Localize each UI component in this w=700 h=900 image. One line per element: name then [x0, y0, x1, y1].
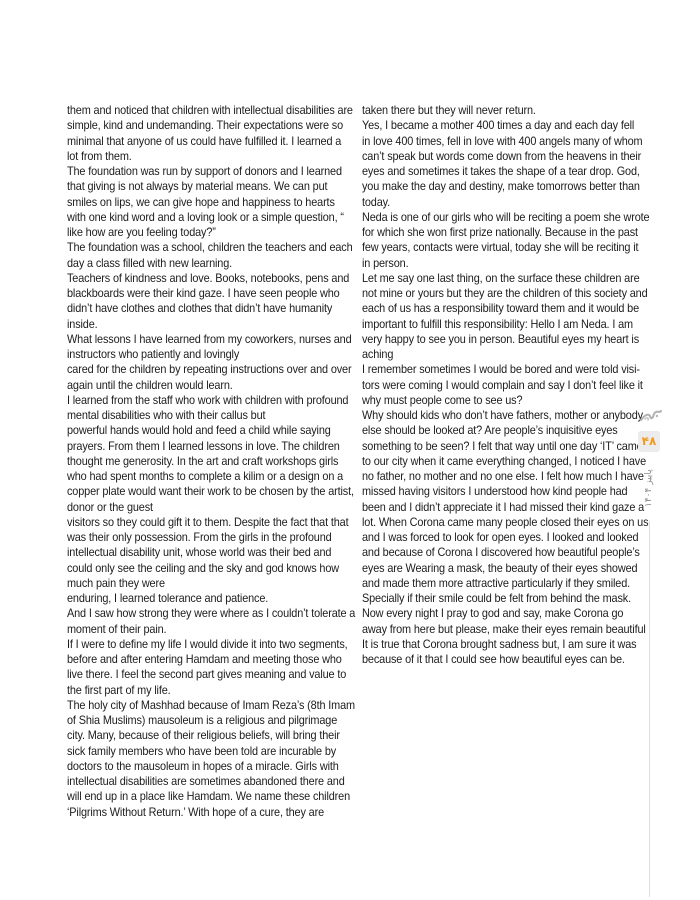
text-line: didn’t have clothes and clothes that did… — [67, 301, 357, 316]
text-line: And I saw how strong they were where as … — [67, 606, 357, 621]
text-line-content: because of it that I could see how beaut… — [362, 652, 625, 667]
text-line: lot from them. — [67, 149, 357, 164]
text-line-content: aching — [362, 347, 393, 362]
text-line: If I were to define my life I would divi… — [67, 637, 357, 652]
text-line: copper plate would want their work to be… — [67, 484, 357, 499]
text-line-content: eyes and sometimes it takes the shape of… — [362, 164, 640, 179]
text-line: and because of Corona I discovered how b… — [362, 545, 652, 560]
text-line-content: no father, no mother and no one else. I … — [362, 469, 644, 484]
text-line-content: Neda is one of our girls who will be rec… — [362, 210, 649, 225]
text-line: who had spent months to complete a kilim… — [67, 469, 357, 484]
text-line: day a class filled with new learning. — [67, 256, 357, 271]
text-line-content: could only see the ceiling and the sky a… — [67, 561, 339, 576]
text-line: blackboards were their kind gaze. I have… — [67, 286, 357, 301]
text-line: prayers. From them I learned lessons in … — [67, 439, 357, 454]
text-line-content: tors were coming I would complain and sa… — [362, 378, 643, 393]
text-line: been and I didn’t appreciate it I had mi… — [362, 500, 652, 515]
text-line-content: moment of their pain. — [67, 622, 166, 637]
text-line-content: like how are you feeling today?” — [67, 225, 216, 240]
text-line: before and after entering Hamdam and mee… — [67, 652, 357, 667]
text-line: Yes, I became a mother 400 times a day a… — [362, 118, 652, 133]
text-line: was their only possession. From the girl… — [67, 530, 357, 545]
text-line: that giving is not always by material me… — [67, 179, 357, 194]
text-line-content: not mine or yours but they are the child… — [362, 286, 648, 301]
text-line: like how are you feeling today?” — [67, 225, 357, 240]
text-line-content: something to be seen? I felt that way un… — [362, 439, 643, 454]
text-line-content: intellectual disability unit, whose worl… — [67, 545, 331, 560]
text-line: again until the children would learn. — [67, 378, 357, 393]
text-line: enduring, I learned tolerance and patien… — [67, 591, 357, 606]
text-line-content: and made them more attractive particular… — [362, 576, 630, 591]
text-line-content: who had spent months to complete a kilim… — [67, 469, 343, 484]
text-line-content: lot from them. — [67, 149, 132, 164]
text-line-content: much pain they were — [67, 576, 165, 591]
text-line: Why should kids who don’t have fathers, … — [362, 408, 652, 423]
page-sidebar: ۴۸ پاییز ۱۴۰۴ — [637, 0, 667, 900]
text-line: something to be seen? I felt that way un… — [362, 439, 652, 454]
text-line-content: in love 400 times, fell in love with 400… — [362, 134, 643, 149]
text-line: with one kind word and a loving look or … — [67, 210, 357, 225]
text-line-content: copper plate would want their work to be… — [67, 484, 354, 499]
text-line: much pain they were — [67, 576, 357, 591]
text-line: could only see the ceiling and the sky a… — [67, 561, 357, 576]
text-line-content: can’t speak but words come down from the… — [362, 149, 641, 164]
text-line: eyes are Wearing a mask, the beauty of t… — [362, 561, 652, 576]
text-line: intellectual disability unit, whose worl… — [67, 545, 357, 560]
text-line: doctors to the mausoleum in hopes of a m… — [67, 759, 357, 774]
text-line-content: important to fulfill this responsibility… — [362, 317, 633, 332]
text-line: moment of their pain. — [67, 622, 357, 637]
text-line: donor or the guest — [67, 500, 357, 515]
text-line-content: I learned from the staff who work with c… — [67, 393, 348, 408]
text-line: Let me say one last thing, on the surfac… — [362, 271, 652, 286]
text-line-content: The foundation was run by support of don… — [67, 164, 342, 179]
text-line: few years, contacts were virtual, today … — [362, 240, 652, 255]
text-line: Neda is one of our girls who will be rec… — [362, 210, 652, 225]
right-text-column: taken there but they will never return.Y… — [362, 103, 652, 667]
text-line-content: simple, kind and undemanding. Their expe… — [67, 118, 343, 133]
text-line-content: visitors so they could gift it to them. … — [67, 515, 348, 530]
text-line: It is true that Corona brought sadness b… — [362, 637, 652, 652]
text-line: for which she won first prize nationally… — [362, 225, 652, 240]
text-line-content: taken there but they will never return. — [362, 103, 536, 118]
text-line: you make the day and destiny, make tomor… — [362, 179, 652, 194]
sidebar-divider — [649, 521, 650, 897]
text-line: intellectual disabilities are sometimes … — [67, 774, 357, 789]
text-line: city. Many, because of their religious b… — [67, 728, 357, 743]
text-line: taken there but they will never return. — [362, 103, 652, 118]
text-line: cared for the children by repeating inst… — [67, 362, 357, 377]
text-line-content: else should be looked at? Are people’s i… — [362, 423, 618, 438]
text-line-content: that giving is not always by material me… — [67, 179, 327, 194]
text-line: I remember sometimes I would be bored an… — [362, 362, 652, 377]
text-line-content: and because of Corona I discovered how b… — [362, 545, 640, 560]
text-line: in love 400 times, fell in love with 400… — [362, 134, 652, 149]
text-line: The holy city of Mashhad because of Imam… — [67, 698, 357, 713]
text-line: and I was forced to look for open eyes. … — [362, 530, 652, 545]
text-line: Teachers of kindness and love. Books, no… — [67, 271, 357, 286]
text-line: minimal that anyone of us could have ful… — [67, 134, 357, 149]
text-line: missed having visitors I understood how … — [362, 484, 652, 499]
text-line-content: doctors to the mausoleum in hopes of a m… — [67, 759, 339, 774]
text-line: not mine or yours but they are the child… — [362, 286, 652, 301]
text-line-content: away from here but please, make their ey… — [362, 622, 646, 637]
text-line-content: and I was forced to look for open eyes. … — [362, 530, 638, 545]
text-line-content: again until the children would learn. — [67, 378, 233, 393]
text-line: each of us has a responsibility toward t… — [362, 301, 652, 316]
text-line: ‘Pilgrims Without Return.’ With hope of … — [67, 805, 357, 820]
text-line-content: for which she won first prize nationally… — [362, 225, 638, 240]
text-line-content: few years, contacts were virtual, today … — [362, 240, 638, 255]
text-line-content: been and I didn’t appreciate it I had mi… — [362, 500, 644, 515]
text-line-content: What lessons I have learned from my cowo… — [67, 332, 352, 347]
text-line-content: mental disabilities who with their callu… — [67, 408, 265, 423]
text-line-content: them and noticed that children with inte… — [67, 103, 353, 118]
text-line: in person. — [362, 256, 652, 271]
text-line-content: missed having visitors I understood how … — [362, 484, 627, 499]
text-line-content: in person. — [362, 256, 408, 271]
text-line-content: live there. I feel the second part gives… — [67, 667, 346, 682]
text-line: visitors so they could gift it to them. … — [67, 515, 357, 530]
text-line-content: Let me say one last thing, on the surfac… — [362, 271, 639, 286]
text-line-content: powerful hands would hold and feed a chi… — [67, 423, 331, 438]
text-line: instructors who patiently and lovingly — [67, 347, 357, 362]
issue-season-label: پاییز ۱۴۰۴ — [641, 458, 657, 518]
text-line: What lessons I have learned from my cowo… — [67, 332, 357, 347]
text-line-content: lot. When Corona came many people closed… — [362, 515, 648, 530]
text-line-content: city. Many, because of their religious b… — [67, 728, 340, 743]
text-line: to our city when it came everything chan… — [362, 454, 652, 469]
text-line-content: It is true that Corona brought sadness b… — [362, 637, 636, 652]
text-line-content: Teachers of kindness and love. Books, no… — [67, 271, 349, 286]
text-line: will end up in a place like Hamdam. We n… — [67, 789, 357, 804]
text-line: why must people come to see us? — [362, 393, 652, 408]
text-line: else should be looked at? Are people’s i… — [362, 423, 652, 438]
text-line-content: day a class filled with new learning. — [67, 256, 232, 271]
left-text-column: them and noticed that children with inte… — [67, 103, 357, 820]
text-line: tors were coming I would complain and sa… — [362, 378, 652, 393]
text-line-content: to our city when it came everything chan… — [362, 454, 646, 469]
text-line-content: cared for the children by repeating inst… — [67, 362, 351, 377]
text-line-content: sick family members who have been told a… — [67, 744, 336, 759]
text-line: I learned from the staff who work with c… — [67, 393, 357, 408]
hamdam-logo-icon — [639, 407, 663, 423]
text-line: lot. When Corona came many people closed… — [362, 515, 652, 530]
text-line: thought me generosity. In the art and cr… — [67, 454, 357, 469]
text-line-content: If I were to define my life I would divi… — [67, 637, 348, 652]
text-line-content: eyes are Wearing a mask, the beauty of t… — [362, 561, 637, 576]
text-line-content: will end up in a place like Hamdam. We n… — [67, 789, 350, 804]
text-line: no father, no mother and no one else. I … — [362, 469, 652, 484]
text-line: very happy to see you in person. Beautif… — [362, 332, 652, 347]
page-number: ۴۸ — [638, 431, 660, 452]
text-line-content: The foundation was a school, children th… — [67, 240, 353, 255]
text-line-content: with one kind word and a loving look or … — [67, 210, 344, 225]
text-line-content: each of us has a responsibility toward t… — [362, 301, 639, 316]
text-line-content: Now every night I pray to god and say, m… — [362, 606, 623, 621]
text-line-content: why must people come to see us? — [362, 393, 522, 408]
text-line: simple, kind and undemanding. Their expe… — [67, 118, 357, 133]
text-line-content: The holy city of Mashhad because of Imam… — [67, 698, 355, 713]
text-line-content: was their only possession. From the girl… — [67, 530, 332, 545]
text-line-content: you make the day and destiny, make tomor… — [362, 179, 640, 194]
text-line-content: today. — [362, 195, 390, 210]
text-line-content: And I saw how strong they were where as … — [67, 606, 355, 621]
text-line: today. — [362, 195, 652, 210]
text-line-content: minimal that anyone of us could have ful… — [67, 134, 341, 149]
text-line: live there. I feel the second part gives… — [67, 667, 357, 682]
text-line-content: enduring, I learned tolerance and patien… — [67, 591, 268, 606]
text-line-content: Specially if their smile could be felt f… — [362, 591, 631, 606]
text-line-content: smiles on lips, we can give hope and hap… — [67, 195, 335, 210]
text-line-content: intellectual disabilities are sometimes … — [67, 774, 345, 789]
text-line: smiles on lips, we can give hope and hap… — [67, 195, 357, 210]
text-line: mental disabilities who with their callu… — [67, 408, 357, 423]
text-line-content: before and after entering Hamdam and mee… — [67, 652, 342, 667]
text-line: can’t speak but words come down from the… — [362, 149, 652, 164]
text-line-content: blackboards were their kind gaze. I have… — [67, 286, 340, 301]
text-line: Specially if their smile could be felt f… — [362, 591, 652, 606]
text-line-content: instructors who patiently and lovingly — [67, 347, 239, 362]
text-line-content: donor or the guest — [67, 500, 153, 515]
text-line-content: didn’t have clothes and clothes that did… — [67, 301, 332, 316]
text-line: powerful hands would hold and feed a chi… — [67, 423, 357, 438]
text-line: because of it that I could see how beaut… — [362, 652, 652, 667]
magazine-page: them and noticed that children with inte… — [0, 0, 700, 900]
text-line: them and noticed that children with inte… — [67, 103, 357, 118]
text-line: aching — [362, 347, 652, 362]
text-line: Now every night I pray to god and say, m… — [362, 606, 652, 621]
text-line: eyes and sometimes it takes the shape of… — [362, 164, 652, 179]
text-line: the first part of my life. — [67, 683, 357, 698]
text-line: The foundation was a school, children th… — [67, 240, 357, 255]
text-line: The foundation was run by support of don… — [67, 164, 357, 179]
text-line: and made them more attractive particular… — [362, 576, 652, 591]
text-line: sick family members who have been told a… — [67, 744, 357, 759]
text-line-content: of Shia Muslims) mausoleum is a religiou… — [67, 713, 337, 728]
text-line: inside. — [67, 317, 357, 332]
text-line-content: Yes, I became a mother 400 times a day a… — [362, 118, 634, 133]
text-line: important to fulfill this responsibility… — [362, 317, 652, 332]
text-line-content: the first part of my life. — [67, 683, 171, 698]
text-line: of Shia Muslims) mausoleum is a religiou… — [67, 713, 357, 728]
text-line: away from here but please, make their ey… — [362, 622, 652, 637]
text-line-content: I remember sometimes I would be bored an… — [362, 362, 640, 377]
text-line-content: very happy to see you in person. Beautif… — [362, 332, 639, 347]
text-line-content: prayers. From them I learned lessons in … — [67, 439, 340, 454]
text-line-content: inside. — [67, 317, 98, 332]
text-line-content: ‘Pilgrims Without Return.’ With hope of … — [67, 805, 324, 820]
text-line-content: Why should kids who don’t have fathers, … — [362, 408, 643, 423]
text-line-content: thought me generosity. In the art and cr… — [67, 454, 338, 469]
